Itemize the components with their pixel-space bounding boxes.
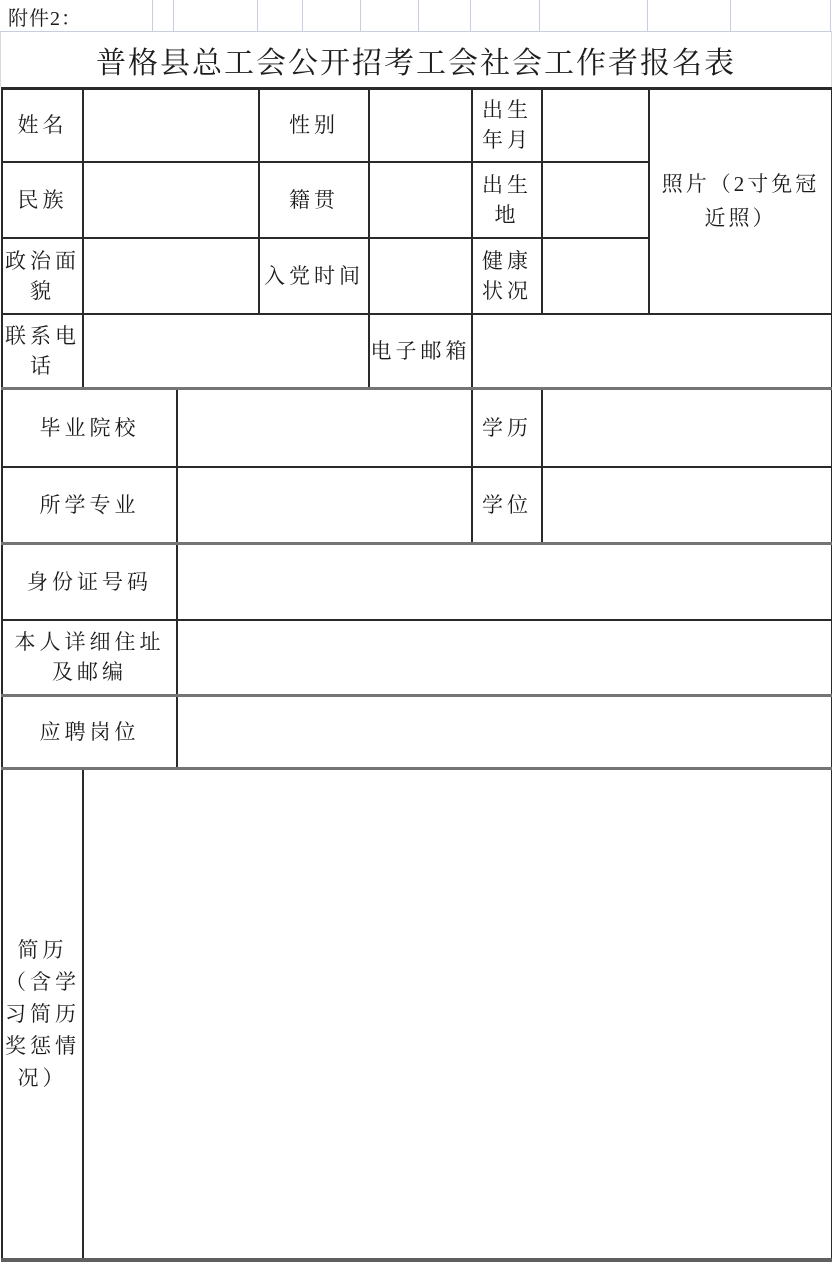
degree-label: 学位 — [472, 467, 542, 544]
ruler-gridline — [539, 0, 540, 31]
birth-date-value-cell[interactable] — [542, 89, 649, 162]
major-value-cell[interactable] — [177, 467, 472, 544]
birth-date-label: 出生年月 — [472, 89, 542, 162]
gender-label: 性别 — [259, 89, 369, 162]
party-join-time-value-cell[interactable] — [369, 238, 472, 314]
ethnicity-label: 民族 — [2, 162, 83, 238]
ethnicity-value-cell[interactable] — [83, 162, 259, 238]
health-value-cell[interactable] — [542, 238, 649, 314]
native-place-value-cell[interactable] — [369, 162, 472, 238]
native-place-label: 籍贯 — [259, 162, 369, 238]
ruler-gridline — [152, 0, 153, 31]
political-status-label: 政治面貌 — [2, 238, 83, 314]
row-id-number: 身份证号码 — [2, 544, 832, 620]
row-contact: 联系电话 电子邮箱 — [2, 314, 832, 389]
row-school: 毕业院校 学历 — [2, 389, 832, 467]
photo-cell: 照片（2寸免冠近照） — [649, 89, 832, 314]
form-table: 姓名 性别 出生年月 照片（2寸免冠近照） 民族 籍贯 出生地 政治面貌 入党时… — [1, 87, 832, 1262]
ruler-gridline — [302, 0, 303, 31]
form-title: 普格县总工会公开招考工会社会工作者报名表 — [96, 38, 736, 82]
ruler-gridline — [470, 0, 471, 31]
position-value-cell[interactable] — [177, 696, 832, 769]
birth-place-value-cell[interactable] — [542, 162, 649, 238]
id-number-value-cell[interactable] — [177, 544, 832, 620]
sheet-ruler-row: 附件2： — [0, 0, 832, 32]
row-name: 姓名 性别 出生年月 照片（2寸免冠近照） — [2, 89, 832, 162]
health-label: 健康状况 — [472, 238, 542, 314]
name-label: 姓名 — [2, 89, 83, 162]
row-major: 所学专业 学位 — [2, 467, 832, 544]
id-number-label: 身份证号码 — [2, 544, 177, 620]
ruler-gridline — [730, 0, 731, 31]
major-label: 所学专业 — [2, 467, 177, 544]
address-label: 本人详细住址及邮编 — [2, 620, 177, 696]
address-value-cell[interactable] — [177, 620, 832, 696]
ruler-gridline — [830, 0, 831, 31]
education-label: 学历 — [472, 389, 542, 467]
name-value-cell[interactable] — [83, 89, 259, 162]
ruler-gridline — [418, 0, 419, 31]
email-value-cell[interactable] — [472, 314, 832, 389]
ruler-gridline — [360, 0, 361, 31]
row-resume: 简历（含学习简历奖惩情况） — [2, 769, 832, 1260]
political-status-value-cell[interactable] — [83, 238, 259, 314]
form-title-block: 普格县总工会公开招考工会社会工作者报名表 — [0, 32, 832, 87]
attachment-note: 附件2： — [8, 2, 82, 31]
email-label: 电子邮箱 — [369, 314, 472, 389]
ruler-gridline — [647, 0, 648, 31]
education-value-cell[interactable] — [542, 389, 832, 467]
position-label: 应聘岗位 — [2, 696, 177, 769]
party-join-time-label: 入党时间 — [259, 238, 369, 314]
row-address: 本人详细住址及邮编 — [2, 620, 832, 696]
resume-label: 简历（含学习简历奖惩情况） — [2, 769, 83, 1260]
gender-value-cell[interactable] — [369, 89, 472, 162]
birth-place-label: 出生地 — [472, 162, 542, 238]
phone-value-cell[interactable] — [83, 314, 369, 389]
school-label: 毕业院校 — [2, 389, 177, 467]
school-value-cell[interactable] — [177, 389, 472, 467]
ruler-gridline — [257, 0, 258, 31]
degree-value-cell[interactable] — [542, 467, 832, 544]
row-position: 应聘岗位 — [2, 696, 832, 769]
ruler-gridline — [173, 0, 174, 31]
resume-value-cell[interactable] — [83, 769, 832, 1260]
phone-label: 联系电话 — [2, 314, 83, 389]
